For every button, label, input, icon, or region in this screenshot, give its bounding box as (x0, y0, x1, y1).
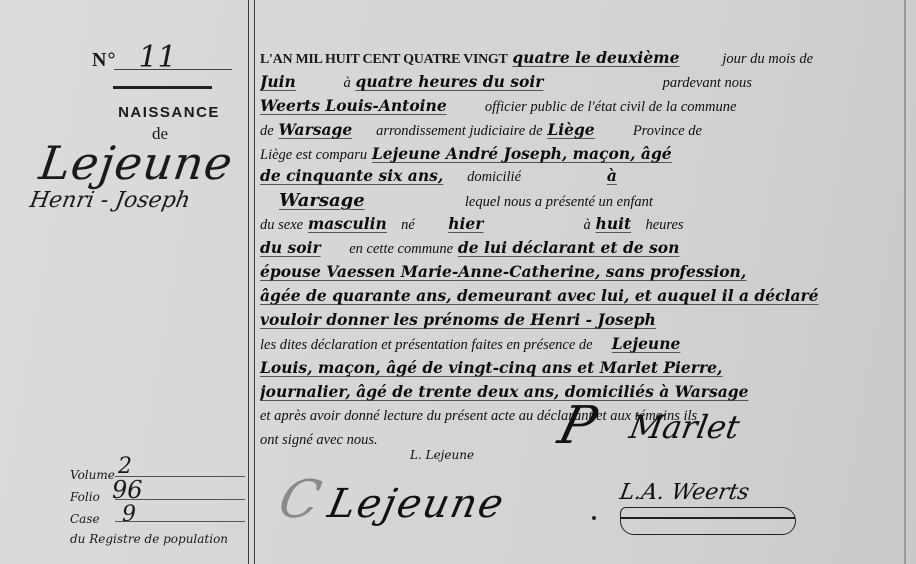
handwritten-day: quatre le deuxième (512, 48, 679, 67)
handwritten-officer: Weerts Louis-Antoine (260, 96, 447, 115)
margin-rule (248, 0, 249, 564)
register-case: Case 9 (70, 512, 100, 526)
handwritten-birth-hour: huit (596, 214, 632, 233)
child-surname: Lejeune (36, 136, 236, 190)
body-line-2: Juin à quatre heures du soir pardevant n… (260, 72, 900, 98)
folio-label: Folio (70, 490, 100, 504)
printed-opening: L'AN MIL HUIT CENT QUATRE VINGT (260, 52, 508, 67)
signature-officer: L.A. Weerts (618, 480, 751, 505)
body-line-4: de Warsage arrondissement judiciaire de … (260, 120, 900, 146)
handwritten-declarant: Lejeune André Joseph, maçon, âgé (372, 144, 672, 163)
number-underline (114, 69, 232, 70)
printed-text: en cette commune (349, 241, 453, 257)
handwritten-text: de lui déclarant et de son (458, 238, 680, 257)
printed-text: arrondissement judiciaire de (376, 123, 542, 139)
printed-text: domicilié (467, 169, 521, 185)
printed-text: heures (645, 217, 683, 233)
document-page: N° 11 NAISSANCE de Lejeune Henri - Josep… (0, 0, 916, 564)
handwritten-sex: masculin (308, 214, 387, 233)
page-edge (904, 0, 906, 564)
folio-line (115, 499, 245, 500)
signature-declarant: CLejeune (274, 470, 512, 530)
printed-text: à (584, 217, 591, 233)
handwritten-witness-2: journalier, âgé de trente deux ans, domi… (260, 382, 748, 401)
handwritten-domicile: Warsage (279, 190, 365, 211)
printed-text: les dites déclaration et présentation fa… (260, 337, 593, 353)
handwritten-witnesses: Louis, maçon, âgé de vingt-cinq ans et M… (260, 358, 722, 377)
printed-closing: ont signé avec nous. (260, 432, 378, 448)
body-line-12: vouloir donner les prénoms de Henri - Jo… (260, 310, 900, 336)
body-line-6: de cinquante six ans, domicilié à (260, 166, 900, 192)
handwritten-commune: Warsage (278, 120, 352, 139)
case-label: Case (70, 512, 100, 526)
printed-text: à (343, 75, 350, 91)
body-line-7: Warsage lequel nous a présenté un enfant (260, 190, 900, 216)
printed-text: lequel nous a présenté un enfant (465, 194, 653, 210)
printed-text: de (260, 123, 274, 139)
register-footer: du Registre de population (70, 532, 228, 546)
printed-text: officier public de l'état civil de la co… (485, 99, 737, 115)
printed-text: Liège est comparu (260, 147, 367, 163)
ink-dot (592, 516, 596, 520)
register-volume: Volume 2 (70, 468, 115, 482)
case-line (115, 521, 245, 522)
number-label: N° (92, 49, 116, 72)
section-heading: NAISSANCE (0, 104, 248, 121)
body-line-13: les dites déclaration et présentation fa… (260, 334, 900, 360)
child-given-names: Henri - Joseph (28, 188, 192, 213)
body-line-9: du soir en cette commune de lui déclaran… (260, 238, 900, 264)
number-divider (113, 86, 212, 89)
body-line-8: du sexe masculin né hier à huit heures (260, 214, 900, 240)
signature-paraph (620, 507, 796, 535)
handwritten-given-names: vouloir donner les prénoms de Henri - Jo… (260, 310, 656, 329)
signature-declarant-name: Lejeune (324, 481, 509, 527)
signature-small: L. Lejeune (410, 448, 474, 462)
handwritten-time: quatre heures du soir (355, 72, 543, 91)
body-line-3: Weerts Louis-Antoine officier public de … (260, 96, 900, 122)
register-folio: Folio 96 (70, 490, 100, 504)
handwritten-mother: épouse Vaessen Marie-Anne-Catherine, san… (260, 262, 746, 281)
handwritten-birth-day: hier (448, 214, 483, 233)
margin-rule-inner (254, 0, 255, 564)
printed-text: pardevant nous (663, 75, 752, 91)
volume-label: Volume (70, 468, 115, 482)
case-value: 9 (122, 502, 136, 527)
printed-text: né (401, 217, 415, 233)
body-line-14: Louis, maçon, âgé de vingt-cinq ans et M… (260, 358, 900, 384)
printed-text: Province de (633, 123, 702, 139)
printed-text: du sexe (260, 217, 303, 233)
printed-text: jour du mois de (722, 51, 813, 67)
number-value: 11 (138, 44, 176, 72)
handwritten-text: du soir (260, 238, 321, 257)
handwritten-arrondissement: Liège (547, 120, 594, 139)
handwritten-text: à (607, 166, 617, 185)
handwritten-age: de cinquante six ans, (260, 166, 443, 185)
body-line-11: âgée de quarante ans, demeurant avec lui… (260, 286, 900, 312)
body-line-1: L'AN MIL HUIT CENT QUATRE VINGT quatre l… (260, 48, 900, 74)
handwritten-text: âgée de quarante ans, demeurant avec lui… (260, 286, 819, 305)
body-line-10: épouse Vaessen Marie-Anne-Catherine, san… (260, 262, 900, 288)
handwritten-month: Juin (260, 72, 296, 91)
signature-initial: C (274, 470, 329, 530)
handwritten-witness-1: Lejeune (612, 334, 681, 353)
signature-witness-marlet: Marlet (627, 408, 743, 446)
act-number: N° 11 (92, 44, 177, 72)
